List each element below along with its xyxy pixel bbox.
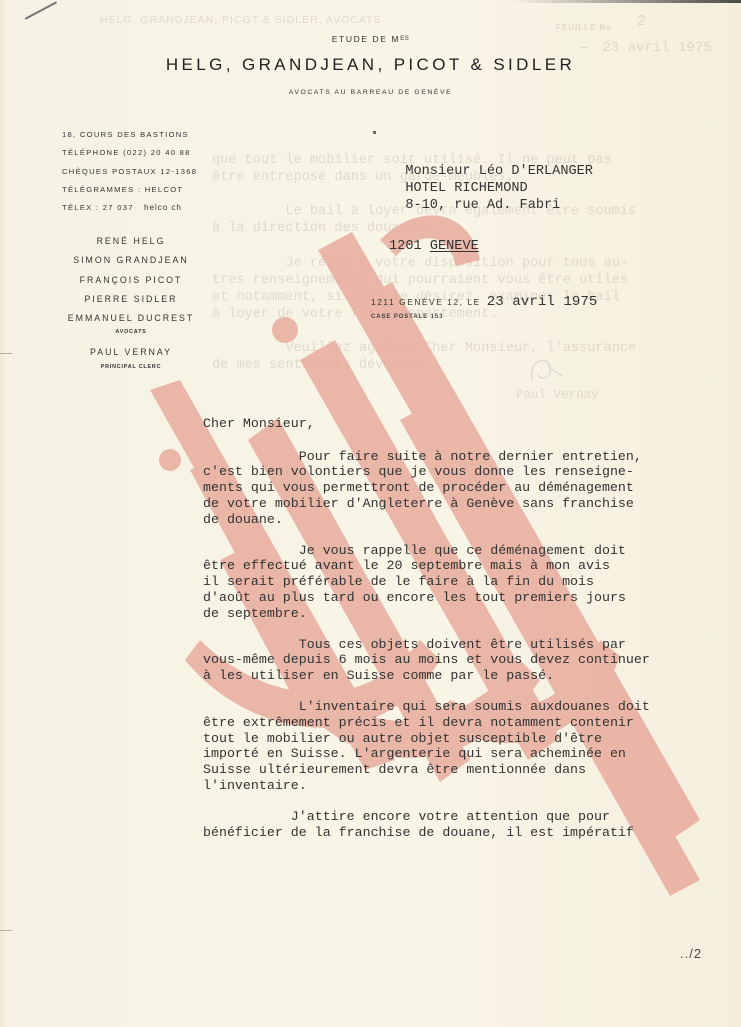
letterhead-etude: ETUDE DE MES [0,34,741,44]
partner-name: SIMON GRANDJEAN [55,251,207,270]
recipient-line: HOTEL RICHEMOND [405,181,527,196]
bleed-signature [520,350,580,390]
clerk-role: PRINCIPAL CLERC [55,363,207,372]
recipient-line: Monsieur Léo D'ERLANGER [405,164,593,179]
recipient-city-line: 1201 GENEVE [389,238,593,255]
text-line: Je vous rappelle que ce déménagement doi… [203,543,723,559]
text-line: être extrêmement précis et il devra nota… [203,715,723,731]
clerk-name: PAUL VERNAY [55,343,207,362]
dateline: 1211 GENÈVE 12, LE 23 avril 1975 [371,294,597,310]
text-line: L'inventaire qui sera soumis auxdouanes … [203,699,723,715]
text-line: Tous ces objets doivent être utilisés pa… [203,637,723,653]
contact-telegrams: TÉLÉGRAMMES : HELCOT [62,181,197,199]
bleed-line [212,323,636,340]
letterhead-partners: RENÉ HELG SIMON GRANDJEAN FRANÇOIS PICOT… [55,232,207,372]
letterhead-firm-name: HELG, GRANDJEAN, PICOT & SIDLER [0,55,741,75]
letter-paragraph: J'attire encore votre attention que pour… [203,809,723,840]
text-line: ments qui vous permettront de procéder a… [203,480,723,496]
partner-name: FRANÇOIS PICOT [55,271,207,290]
bleed-header: HELG, GRANDJEAN, PICOT & SIDLER, AVOCATS [100,12,382,28]
partners-role: AVOCATS [55,328,207,337]
fold-mark [0,930,12,931]
partner-name: RENÉ HELG [55,232,207,251]
text-line: Suisse ultérieurement devra être mention… [203,762,723,778]
text-line: de septembre. [203,606,723,622]
letterhead-subtitle: AVOCATS AU BARREAU DE GENÈVE [0,89,741,96]
text-line: Pour faire suite à notre dernier entreti… [203,449,723,465]
partner-name: PIERRE SIDLER [55,290,207,309]
text-line: à les utiliser en Suisse comme par le pa… [203,668,723,684]
text-line: il serait préférable de le faire à la fi… [203,574,723,590]
salutation: Cher Monsieur, [203,416,723,432]
text-line: être effectué avant le 20 septembre mais… [203,558,723,574]
letter-date: 23 avril 1975 [487,294,598,310]
continuation-marker: ../2 [680,946,702,961]
text-line: c'est bien volontiers que je vous donne … [203,464,723,480]
contact-address: 18, COURS DES BASTIONS [62,126,197,144]
dateline-place: 1211 GENÈVE 12, LE [371,297,481,307]
text-line: importé en Suisse. L'argenterie qui sera… [203,746,723,762]
contact-telex: TÉLEX : 27 037 helco ch [62,199,197,217]
letter-paragraph: Pour faire suite à notre dernier entreti… [203,449,723,528]
contact-phone: TÉLÉPHONE (022) 20 40 88 [62,144,197,162]
recipient-line: 8-10, rue Ad. Fabri [405,198,560,213]
partner-name: EMMANUEL DUCREST [55,309,207,328]
typewriter-dot [373,131,376,134]
text-line: d'août au plus tard ou encore les tout p… [203,590,723,606]
text-line: vous-même depuis 6 mois au moins et vous… [203,652,723,668]
text-line: l'inventaire. [203,778,723,794]
bleed-sheet-number: 2 [637,14,646,30]
letter-body: Cher Monsieur, Pour faire suite à notre … [203,416,723,856]
text-line: tout le mobilier ou autre objet suscepti… [203,731,723,747]
text-line: J'attire encore votre attention que pour [203,809,723,825]
po-box: CASE POSTALE 153 [371,314,443,320]
letter-paragraph: Je vous rappelle que ce déménagement doi… [203,543,723,622]
text-line: bénéficier de la franchise de douane, il… [203,825,723,841]
text-line: de douane. [203,512,723,528]
text-line: de votre mobilier d'Angleterre à Genève … [203,496,723,512]
scan-edge-shadow [511,0,741,3]
contact-postal-cheques: CHÈQUES POSTAUX 12-1368 [62,163,197,181]
recipient-address: Monsieur Léo D'ERLANGER HOTEL RICHEMOND … [389,146,593,272]
bleed-line: tres renseignements qui pourraient vous … [212,272,636,289]
letter-paragraph: L'inventaire qui sera soumis auxdouanes … [203,699,723,793]
fold-mark [0,353,12,354]
letter-paragraph: Tous ces objets doivent être utilisés pa… [203,637,723,684]
letterhead-contact-block: 18, COURS DES BASTIONS TÉLÉPHONE (022) 2… [62,126,197,217]
